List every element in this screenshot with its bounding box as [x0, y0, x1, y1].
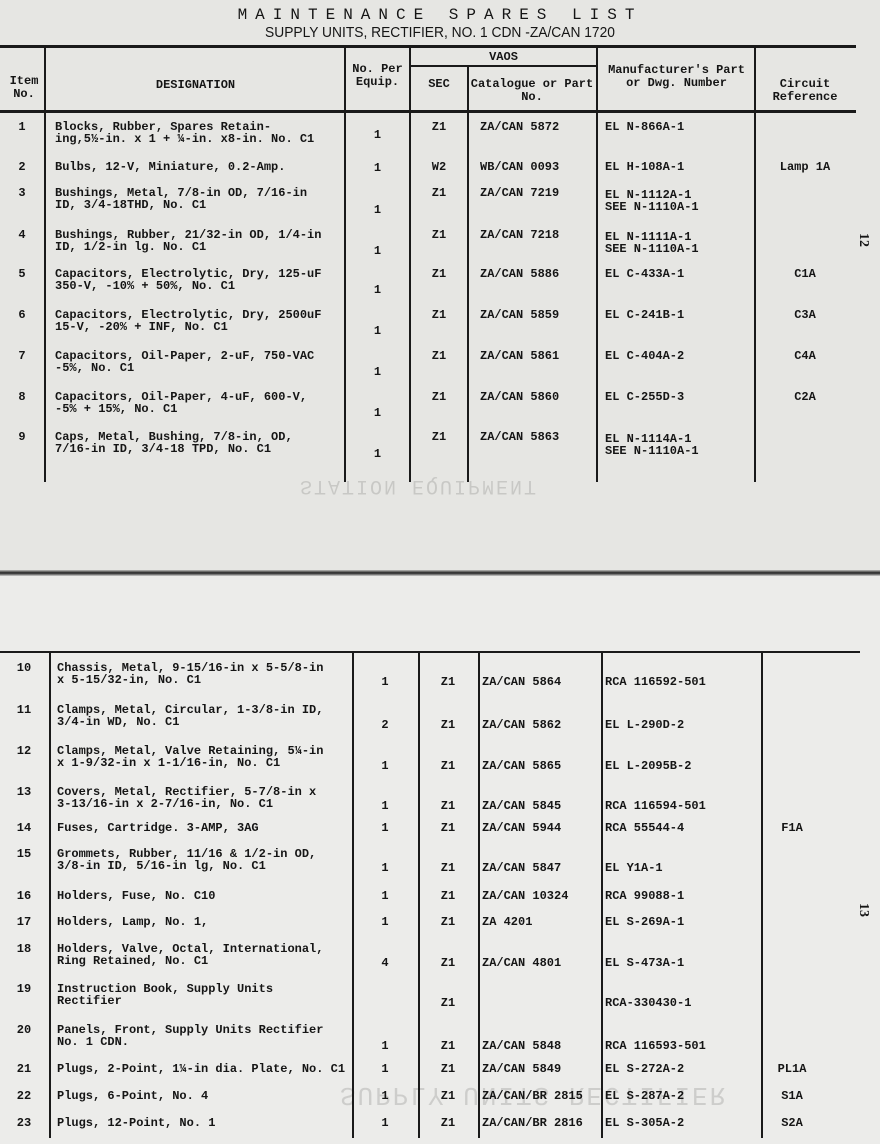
item-no: 20	[2, 1024, 46, 1036]
manufacturer-part: EL L-290D-2	[605, 719, 684, 731]
designation: Holders, Lamp, No. 1,	[57, 916, 208, 928]
sec: Z1	[418, 890, 478, 902]
no-per-equip: 1	[352, 1117, 418, 1129]
item-no: 21	[2, 1063, 46, 1075]
manufacturer-part: EL L-2095B-2	[605, 760, 691, 772]
sec: Z1	[418, 1117, 478, 1129]
column-rule	[478, 653, 480, 1138]
column-rule	[596, 45, 598, 482]
no-per-equip: 1	[345, 366, 410, 378]
designation: Covers, Metal, Rectifier, 5-7/8-in x 3-1…	[57, 786, 316, 810]
circuit-reference: C3A	[755, 309, 855, 321]
item-no: 2	[2, 161, 42, 173]
designation: Plugs, 2-Point, 1¼-in dia. Plate, No. C1	[57, 1063, 345, 1075]
circuit-reference: S1A	[762, 1090, 822, 1102]
catalogue-no: ZA/CAN 5861	[480, 350, 559, 362]
header-bottom-rule	[0, 110, 856, 113]
catalogue-no: ZA/CAN 5849	[482, 1063, 561, 1075]
circuit-reference: PL1A	[762, 1063, 822, 1075]
header-designation: DESIGNATION	[46, 79, 345, 92]
no-per-equip: 1	[352, 760, 418, 772]
column-rule	[44, 45, 46, 482]
designation: Capacitors, Oil-Paper, 4-uF, 600-V, -5% …	[55, 391, 307, 415]
header-top-rule	[0, 45, 856, 48]
catalogue-no: ZA/CAN/BR 2815	[482, 1090, 583, 1102]
designation: Bushings, Metal, 7/8-in OD, 7/16-in ID, …	[55, 187, 307, 211]
manufacturer-part: EL N-1114A-1 SEE N-1110A-1	[605, 433, 699, 457]
manufacturer-part: RCA 116592-501	[605, 676, 706, 688]
sec: Z1	[410, 309, 468, 321]
manufacturer-part: RCA 55544-4	[605, 822, 684, 834]
no-per-equip: 1	[345, 407, 410, 419]
designation: Blocks, Rubber, Spares Retain- ing,5½-in…	[55, 121, 314, 145]
catalogue-no: ZA/CAN 5862	[482, 719, 561, 731]
manufacturer-part: EL S-305A-2	[605, 1117, 684, 1129]
header-item-no: Item No.	[2, 75, 46, 101]
designation: Bulbs, 12-V, Miniature, 0.2-Amp.	[55, 161, 285, 173]
no-per-equip: 4	[352, 957, 418, 969]
no-per-equip: 1	[345, 284, 410, 296]
sec: Z1	[418, 1040, 478, 1052]
item-no: 17	[2, 916, 46, 928]
header-catalogue: Catalogue or Part No.	[468, 78, 596, 104]
sec: Z1	[418, 862, 478, 874]
header-sec: SEC	[410, 78, 468, 91]
manufacturer-part: EL N-1112A-1 SEE N-1110A-1	[605, 189, 699, 213]
catalogue-no: ZA/CAN 5845	[482, 800, 561, 812]
no-per-equip: 1	[345, 204, 410, 216]
header-vaos: VAOS	[410, 51, 597, 64]
catalogue-no: ZA 4201	[482, 916, 532, 928]
sec: Z1	[410, 431, 468, 443]
catalogue-no: ZA/CAN 7219	[480, 187, 559, 199]
sec: Z1	[410, 391, 468, 403]
manufacturer-part: EL C-433A-1	[605, 268, 684, 280]
no-per-equip: 1	[352, 862, 418, 874]
designation: Plugs, 12-Point, No. 1	[57, 1117, 215, 1129]
sec: Z1	[418, 1063, 478, 1075]
item-no: 6	[2, 309, 42, 321]
document-title: MAINTENANCE SPARES LIST	[0, 6, 880, 24]
vaos-rule	[410, 65, 597, 67]
circuit-reference: S2A	[762, 1117, 822, 1129]
no-per-equip: 1	[352, 1090, 418, 1102]
sec: W2	[410, 161, 468, 173]
circuit-reference: C4A	[755, 350, 855, 362]
page-number: 13	[855, 903, 871, 917]
no-per-equip: 1	[352, 1040, 418, 1052]
manufacturer-part: EL C-404A-2	[605, 350, 684, 362]
sec: Z1	[418, 916, 478, 928]
item-no: 16	[2, 890, 46, 902]
catalogue-no: ZA/CAN 10324	[482, 890, 568, 902]
sec: Z1	[410, 268, 468, 280]
catalogue-no: ZA/CAN 5848	[482, 1040, 561, 1052]
designation: Bushings, Rubber, 21/32-in OD, 1/4-in ID…	[55, 229, 321, 253]
manufacturer-part: EL S-473A-1	[605, 957, 684, 969]
circuit-reference: Lamp 1A	[755, 161, 855, 173]
designation: Caps, Metal, Bushing, 7/8-in, OD, 7/16-i…	[55, 431, 293, 455]
column-rule	[754, 45, 756, 482]
document-subtitle: SUPPLY UNITS, RECTIFIER, NO. 1 CDN -ZA/C…	[35, 24, 845, 41]
sec: Z1	[418, 1090, 478, 1102]
catalogue-no: ZA/CAN 5860	[480, 391, 559, 403]
no-per-equip: 1	[345, 129, 410, 141]
designation: Plugs, 6-Point, No. 4	[57, 1090, 208, 1102]
designation: Chassis, Metal, 9-15/16-in x 5-5/8-in x …	[57, 662, 323, 686]
no-per-equip: 1	[352, 1063, 418, 1075]
sec: Z1	[410, 187, 468, 199]
designation: Grommets, Rubber, 11/16 & 1/2-in OD, 3/8…	[57, 848, 316, 872]
no-per-equip: 1	[345, 448, 410, 460]
catalogue-no: ZA/CAN 5864	[482, 676, 561, 688]
manufacturer-part: RCA 116594-501	[605, 800, 706, 812]
catalogue-no: ZA/CAN 5944	[482, 822, 561, 834]
sec: Z1	[418, 800, 478, 812]
manufacturer-part: EL C-255D-3	[605, 391, 684, 403]
column-rule	[49, 653, 51, 1138]
manufacturer-part: EL N-1111A-1 SEE N-1110A-1	[605, 231, 699, 255]
catalogue-no: ZA/CAN 4801	[482, 957, 561, 969]
catalogue-no: WB/CAN 0093	[480, 161, 559, 173]
designation: Capacitors, Electrolytic, Dry, 125-uF 35…	[55, 268, 321, 292]
designation: Holders, Fuse, No. C10	[57, 890, 215, 902]
no-per-equip: 1	[352, 822, 418, 834]
no-per-equip: 2	[352, 719, 418, 731]
item-no: 4	[2, 229, 42, 241]
item-no: 19	[2, 983, 46, 995]
header-circuit: Circuit Reference	[755, 78, 855, 104]
catalogue-no: ZA/CAN/BR 2816	[482, 1117, 583, 1129]
manufacturer-part: RCA 116593-501	[605, 1040, 706, 1052]
item-no: 9	[2, 431, 42, 443]
catalogue-no: ZA/CAN 5886	[480, 268, 559, 280]
page-number: 12	[855, 233, 871, 247]
manufacturer-part: RCA 99088-1	[605, 890, 684, 902]
item-no: 22	[2, 1090, 46, 1102]
designation: Holders, Valve, Octal, International, Ri…	[57, 943, 323, 967]
no-per-equip: 1	[345, 245, 410, 257]
designation: Clamps, Metal, Circular, 1-3/8-in ID, 3/…	[57, 704, 323, 728]
manufacturer-part: EL Y1A-1	[605, 862, 663, 874]
catalogue-no: ZA/CAN 7218	[480, 229, 559, 241]
catalogue-no: ZA/CAN 5872	[480, 121, 559, 133]
sec: Z1	[418, 957, 478, 969]
designation: Panels, Front, Supply Units Rectifier No…	[57, 1024, 323, 1048]
manufacturer-part: EL S-287A-2	[605, 1090, 684, 1102]
item-no: 13	[2, 786, 46, 798]
item-no: 1	[2, 121, 42, 133]
sec: Z1	[418, 676, 478, 688]
no-per-equip: 1	[352, 676, 418, 688]
bleed-through-text: STATION EQUIPMENT	[300, 474, 538, 497]
no-per-equip: 1	[345, 162, 410, 174]
item-no: 15	[2, 848, 46, 860]
sec: Z1	[418, 760, 478, 772]
table-top-rule	[0, 651, 860, 653]
item-no: 3	[2, 187, 42, 199]
no-per-equip: 1	[352, 916, 418, 928]
sec: Z1	[418, 997, 478, 1009]
catalogue-no: ZA/CAN 5847	[482, 862, 561, 874]
designation: Capacitors, Electrolytic, Dry, 2500uF 15…	[55, 309, 321, 333]
no-per-equip: 1	[352, 800, 418, 812]
item-no: 23	[2, 1117, 46, 1129]
circuit-reference: F1A	[762, 822, 822, 834]
item-no: 18	[2, 943, 46, 955]
header-no-per-equip: No. Per Equip.	[345, 63, 410, 89]
sec: Z1	[410, 350, 468, 362]
catalogue-no: ZA/CAN 5863	[480, 431, 559, 443]
designation: Fuses, Cartridge. 3-AMP, 3AG	[57, 822, 259, 834]
header-manufacturer: Manufacturer's Part or Dwg. Number	[598, 64, 755, 90]
column-rule	[601, 653, 603, 1138]
circuit-reference: C1A	[755, 268, 855, 280]
manufacturer-part: EL N-866A-1	[605, 121, 684, 133]
manufacturer-part: EL C-241B-1	[605, 309, 684, 321]
item-no: 10	[2, 662, 46, 674]
page-fold	[0, 570, 880, 576]
sec: Z1	[418, 719, 478, 731]
catalogue-no: ZA/CAN 5865	[482, 760, 561, 772]
designation: Clamps, Metal, Valve Retaining, 5¼-in x …	[57, 745, 323, 769]
manufacturer-part: RCA-330430-1	[605, 997, 691, 1009]
item-no: 11	[2, 704, 46, 716]
sec: Z1	[418, 822, 478, 834]
sec: Z1	[410, 121, 468, 133]
sec: Z1	[410, 229, 468, 241]
manufacturer-part: EL H-108A-1	[605, 161, 684, 173]
no-per-equip: 1	[352, 890, 418, 902]
no-per-equip: 1	[345, 325, 410, 337]
circuit-reference: C2A	[755, 391, 855, 403]
item-no: 7	[2, 350, 42, 362]
item-no: 14	[2, 822, 46, 834]
catalogue-no: ZA/CAN 5859	[480, 309, 559, 321]
designation: Capacitors, Oil-Paper, 2-uF, 750-VAC -5%…	[55, 350, 314, 374]
item-no: 12	[2, 745, 46, 757]
item-no: 5	[2, 268, 42, 280]
manufacturer-part: EL S-269A-1	[605, 916, 684, 928]
item-no: 8	[2, 391, 42, 403]
manufacturer-part: EL S-272A-2	[605, 1063, 684, 1075]
designation: Instruction Book, Supply Units Rectifier	[57, 983, 273, 1007]
